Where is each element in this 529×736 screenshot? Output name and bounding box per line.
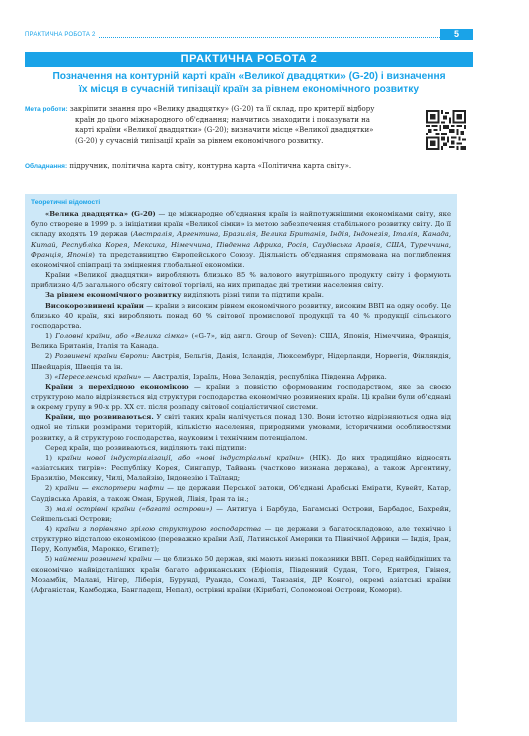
item-number: 5) [45,555,54,563]
dot-leader [99,32,470,38]
term: країни — експортери нафти [55,484,164,492]
term: «Переселенські країни» [54,373,141,381]
text: ) та представництво Європейського Союзу.… [31,251,451,269]
item-number: 1) [45,454,57,462]
list-item: 4) країни з порівняно зрілою структурою … [31,524,451,554]
goal-block: Мета роботи: закріпити знання про «Велик… [25,104,385,146]
list-item: 2) Розвинені країни Європи: Австрія, Бел… [31,351,451,371]
theory-heading: Теоретичні відомості [31,198,451,208]
term: Розвинені країни Європи: [55,352,149,360]
item-number: 2) [45,484,55,492]
text: — Австралія, Ізраїль, Нова Зеландія, рес… [142,373,387,381]
list-item: 2) країни — експортери нафти — це держав… [31,483,451,503]
list-item: 1) Головні країни, або «Велика сімка» («… [31,331,451,351]
term: найменш розвинені країни [54,555,152,563]
running-head: ПРАКТИЧНА РОБОТА 2 [25,30,473,39]
qr-code-icon[interactable] [426,110,466,150]
goal-label: Мета роботи: [25,106,68,113]
subtitle-line-2: їх місця в сучасній типізації країн за р… [25,83,473,96]
list-item: 1) країни нової індустріалізації, або «н… [31,453,451,483]
term: країни з порівняно зрілою структурою гос… [56,525,262,533]
equipment-label: Обладнання: [25,163,67,170]
list-item: 5) найменш розвинені країни — це близько… [31,554,451,595]
item-number: 4) [45,525,56,533]
item-number: 3) [45,373,54,381]
theory-paragraph: «Велика двадцятка» (G-20) — це міжнародн… [31,209,451,270]
theory-paragraph: Країни з перехідною економікою — країни … [31,382,451,412]
term: За рівнем економічного розвитку [45,291,181,299]
term-g20: «Велика двадцятка» (G-20) [45,210,156,218]
term-developing: Країни, що розвиваються. [45,413,154,421]
subtitle-line-1: Позначення на контурній карті країн «Вел… [25,70,473,83]
text: виділяють різні типи та підтипи країн. [181,291,324,299]
item-number: 2) [45,352,55,360]
term: малі острівні країни («багаті острови») [56,505,212,513]
term: країни нової індустріалізації, або «нові… [57,454,304,462]
list-item: 3) «Переселенські країни» — Австралія, І… [31,372,451,382]
theory-paragraph: Країни «Великої двадцятки» виробляють бл… [31,270,451,290]
term-developed: Високорозвинені країни [45,302,144,310]
equipment-block: Обладнання: підручник, політична карта с… [25,161,472,172]
theory-box: Теоретичні відомості «Велика двадцятка» … [25,194,457,722]
term-transition: Країни з перехідною економікою [45,383,189,391]
theory-paragraph: Серед країн, що розвиваються, виділяють … [31,443,451,453]
equipment-text: підручник, політична карта світу, контур… [67,162,351,170]
theory-paragraph: Високорозвинені країни — країни з високи… [31,301,451,331]
term: Головні країни, або «Велика сімка» [55,332,188,340]
theory-paragraph: За рівнем економічного розвитку виділяют… [31,290,451,300]
goal-text: закріпити знання про «Велику двадцятку» … [68,105,375,145]
item-number: 1) [45,332,55,340]
theory-paragraph: Країни, що розвиваються. У світі таких к… [31,412,451,442]
item-number: 3) [45,505,56,513]
list-item: 3) малі острівні країни («багаті острови… [31,504,451,524]
running-head-title: ПРАКТИЧНА РОБОТА 2 [25,32,96,38]
section-banner: ПРАКТИЧНА РОБОТА 2 [25,52,473,67]
page-number: 5 [440,29,473,40]
page-subtitle: Позначення на контурній карті країн «Вел… [25,70,473,96]
